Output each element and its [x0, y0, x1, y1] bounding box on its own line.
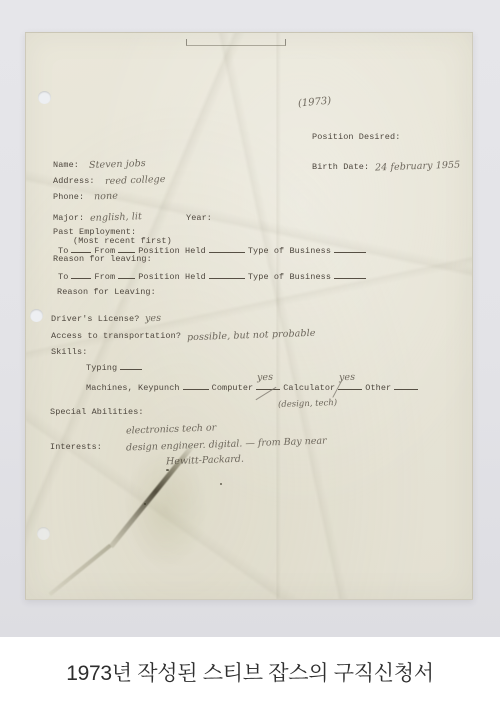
handwritten-year: (1973) — [298, 96, 332, 110]
position-held-label: Position Held — [138, 272, 206, 282]
special-abilities-label: Special Abilities: — [50, 407, 144, 417]
phone-label: Phone: — [53, 192, 84, 202]
post-image: (1973) Position Desired: Name:Steven job… — [0, 0, 500, 707]
ink-speck — [220, 483, 222, 485]
computer-label: Computer — [212, 383, 254, 393]
other-label: Other — [365, 383, 391, 393]
design-tech-note: (design, tech) — [278, 398, 338, 411]
calculator-blank: yes — [338, 382, 362, 390]
position-desired-label: Position Desired: — [312, 132, 400, 142]
stain-bruise — [121, 443, 211, 573]
drivers-license-field: Driver's License?yes — [51, 314, 162, 324]
special-abilities-value: electronics tech or — [126, 422, 217, 436]
typing-field: Typing — [86, 362, 145, 373]
phone-value: none — [94, 192, 118, 203]
drivers-license-value: yes — [145, 314, 162, 325]
transportation-field: Access to transportation?possible, but n… — [51, 331, 316, 341]
caption-text: 1973년 작성된 스티브 잡스의 구직신청서 — [66, 657, 433, 687]
to-blank — [71, 245, 91, 253]
hole-punch-top — [38, 91, 51, 104]
skills-label: Skills: — [51, 347, 87, 357]
typing-blank — [120, 362, 142, 370]
reason-for-leaving-label-2: Reason for Leaving: — [57, 287, 156, 297]
phone-field: Phone:none — [53, 192, 118, 202]
machines-keypunch-label: Machines, Keypunch — [86, 383, 180, 393]
from-blank — [118, 245, 135, 253]
caption-band: 1973년 작성된 스티브 잡스의 구직신청서 — [0, 637, 500, 707]
transportation-value: possible, but not probable — [187, 329, 316, 343]
to-label: To — [58, 272, 68, 282]
machines-row: Machines, KeypunchComputeryesCalculatory… — [86, 382, 421, 393]
type-of-business-blank — [334, 245, 366, 253]
drivers-license-label: Driver's License? — [51, 314, 139, 324]
tape-mark — [186, 39, 286, 46]
reason-for-leaving-label-1: Reason for leaving: — [53, 254, 152, 264]
year-label: Year: — [186, 213, 212, 223]
stain-streak-tail — [48, 544, 111, 596]
position-held-blank — [209, 245, 245, 253]
major-label: Major: — [53, 213, 84, 223]
calculator-label: Calculator — [283, 383, 335, 393]
ink-speck — [166, 469, 169, 471]
keypunch-blank — [183, 382, 209, 390]
hole-punch-middle — [30, 309, 43, 322]
computer-value: yes — [257, 373, 274, 384]
address-field: Address:reed college — [53, 176, 165, 186]
typing-label: Typing — [86, 363, 117, 373]
hole-punch-bottom — [37, 527, 50, 540]
from-blank — [118, 271, 135, 279]
position-held-blank — [209, 271, 245, 279]
address-value: reed college — [104, 175, 165, 187]
other-blank — [394, 382, 418, 390]
birth-date-field: Birth Date:24 february 1955 — [312, 162, 461, 172]
interests-label: Interests: — [50, 442, 102, 452]
birth-date-label: Birth Date: — [312, 162, 369, 172]
major-value: english, lit — [90, 212, 142, 224]
type-of-business-label: Type of Business — [248, 272, 331, 282]
document-photo: (1973) Position Desired: Name:Steven job… — [0, 0, 500, 637]
type-of-business-blank — [334, 271, 366, 279]
job-application-paper: (1973) Position Desired: Name:Steven job… — [25, 32, 473, 600]
to-blank — [71, 271, 91, 279]
type-of-business-label: Type of Business — [248, 246, 331, 256]
name-label: Name: — [53, 160, 79, 170]
transportation-label: Access to transportation? — [51, 331, 181, 341]
employment-row-2: ToFromPosition HeldType of Business — [58, 271, 369, 282]
birth-date-value: 24 february 1955 — [375, 161, 461, 174]
from-label: From — [94, 272, 115, 282]
name-value: Steven jobs — [89, 159, 146, 171]
name-field: Name:Steven jobs — [53, 160, 146, 170]
computer-blank: yes — [256, 382, 280, 390]
address-label: Address: — [53, 176, 95, 186]
major-field: Major:english, lit — [53, 213, 142, 223]
ink-speck — [144, 503, 146, 505]
